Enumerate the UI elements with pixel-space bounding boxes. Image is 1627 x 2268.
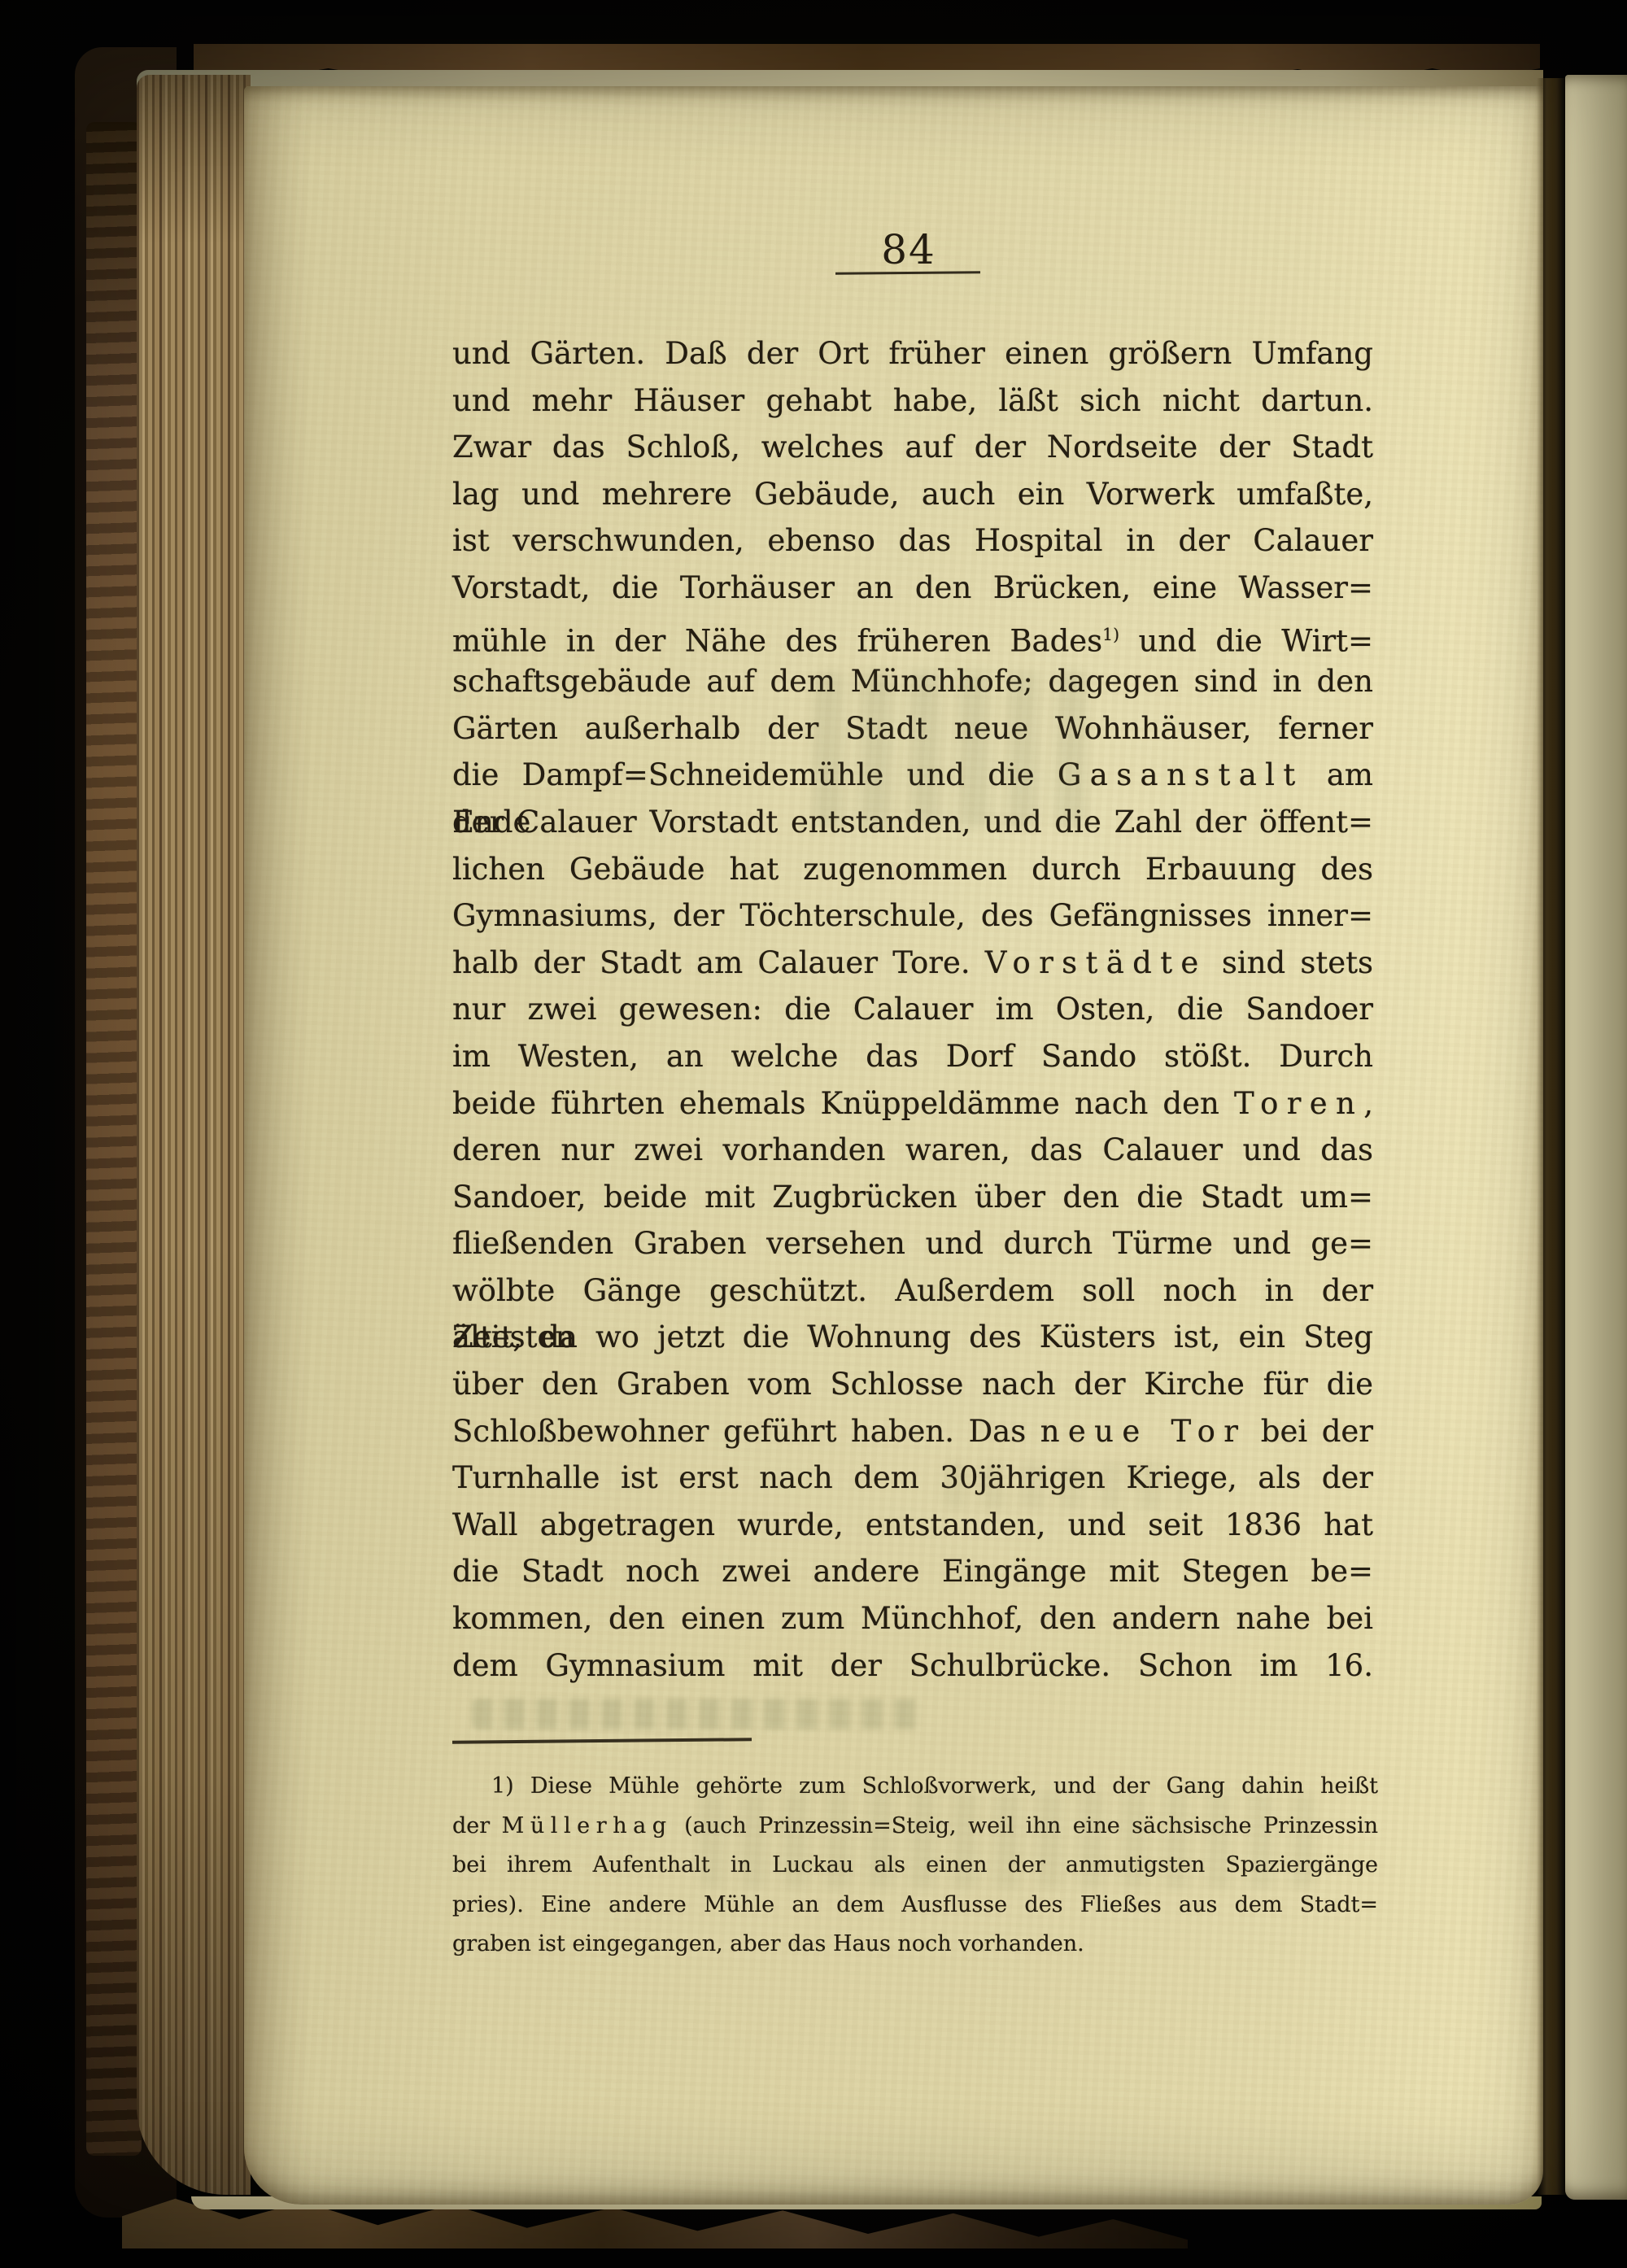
text-segment: Wall abgetragen wurde, entstanden, und s… <box>452 1507 1373 1542</box>
text-line: Wall abgetragen wurde, entstanden, und s… <box>452 1502 1373 1549</box>
text-segment: fließenden Graben versehen und durch Tür… <box>452 1226 1373 1261</box>
text-line: Gymnasiums, der Töchterschule, des Gefän… <box>452 892 1373 940</box>
text-segment: der Calauer Vorstadt entstanden, und die… <box>452 805 1373 840</box>
text-segment: lichen Gebäude hat zugenommen durch Erba… <box>452 852 1373 887</box>
text-segment: dem Gymnasium mit der Schulbrücke. Schon… <box>452 1648 1373 1683</box>
text-segment: bei ihrem Aufenthalt in Luckau als einen… <box>452 1852 1378 1878</box>
text-segment: über den Graben vom Schlosse nach der Ki… <box>452 1367 1373 1402</box>
text-segment: beide führten ehemals Knüppeldämme nach … <box>452 1086 1234 1121</box>
text-line: die Dampf=Schneidemühle und die Gasansta… <box>452 752 1373 799</box>
text-line: schaftsgebäude auf dem Münchhofe; dagege… <box>452 658 1373 705</box>
text-line: Zwar das Schloß, welches auf der Nordsei… <box>452 424 1373 471</box>
text-line: beide führten ehemals Knüppeldämme nach … <box>452 1080 1373 1127</box>
facing-page-sliver <box>1565 75 1627 2200</box>
text-line: pries). Eine andere Mühle an dem Ausflus… <box>452 1886 1378 1926</box>
text-line: der Müllerhag (auch Prinzessin=Steig, we… <box>452 1807 1378 1847</box>
text-line: die Stadt noch zwei andere Eingänge mit … <box>452 1548 1373 1595</box>
text-segment: Sandoer, beide mit Zugbrücken über den d… <box>452 1180 1373 1215</box>
text-segment: und Gärten. Daß der Ort früher einen grö… <box>452 336 1373 371</box>
text-line: graben ist eingegangen, aber das Haus no… <box>452 1925 1378 1965</box>
photo-background: 84 und Gärten. Daß der Ort früher einen … <box>0 0 1627 2268</box>
text-segment: die Stadt noch zwei andere Eingänge mit … <box>452 1554 1373 1589</box>
text-line: nur zwei gewesen: die Calauer im Osten, … <box>452 986 1373 1033</box>
text-line: fließenden Graben versehen und durch Tür… <box>452 1220 1373 1267</box>
text-line: ist verschwunden, ebenso das Hospital in… <box>452 517 1373 565</box>
text-line: lichen Gebäude hat zugenommen durch Erba… <box>452 846 1373 893</box>
fore-edge-page-stack <box>137 75 251 2195</box>
text-line: kommen, den einen zum Münchhof, den ande… <box>452 1595 1373 1642</box>
bleedthrough-smudge <box>472 1699 921 1729</box>
text-line: mühle in der Nähe des früheren Bades1) u… <box>452 612 1373 659</box>
text-segment: mühle in der Nähe des früheren Bades <box>452 623 1102 658</box>
text-line: bei ihrem Aufenthalt in Luckau als einen… <box>452 1846 1378 1886</box>
text-segment: sind stets <box>1207 945 1373 980</box>
text-segment: pries). Eine andere Mühle an dem Ausflus… <box>452 1892 1378 1917</box>
text-segment: Gärten außerhalb der Stadt neue Wohnhäus… <box>452 711 1373 746</box>
text-line: Schloßbewohner geführt haben. Das neue T… <box>452 1408 1373 1455</box>
letterspaced-text: Gasanstalt <box>1058 757 1304 792</box>
text-segment: schaftsgebäude auf dem Münchhofe; dagege… <box>452 664 1373 699</box>
text-segment: kommen, den einen zum Münchhof, den ande… <box>452 1601 1373 1636</box>
text-segment: ist verschwunden, ebenso das Hospital in… <box>452 523 1373 558</box>
text-segment: halb der Stadt am Calauer Tore. <box>452 945 985 980</box>
text-segment: (auch Prinzessin=Steig, weil ihn eine sä… <box>673 1813 1378 1838</box>
text-line: deren nur zwei vorhanden waren, das Cala… <box>452 1127 1373 1174</box>
text-segment: Zeit, da wo jetzt die Wohnung des Küster… <box>452 1319 1373 1354</box>
text-line: und mehr Häuser gehabt habe, läßt sich n… <box>452 377 1373 425</box>
text-line: Sandoer, beide mit Zugbrücken über den d… <box>452 1174 1373 1221</box>
text-segment: Schloßbewohner geführt haben. Das <box>452 1414 1040 1449</box>
page-number: 84 <box>837 226 980 273</box>
text-line: dem Gymnasium mit der Schulbrücke. Schon… <box>452 1642 1373 1690</box>
cover-leather-strip <box>86 122 142 2156</box>
text-line: Vorstadt, die Torhäuser an den Brücken, … <box>452 565 1373 612</box>
text-segment: , <box>1363 1086 1373 1121</box>
text-line: Gärten außerhalb der Stadt neue Wohnhäus… <box>452 705 1373 752</box>
footnote-rule <box>452 1738 752 1744</box>
text-segment: Gymnasiums, der Töchterschule, des Gefän… <box>452 898 1373 933</box>
footnote-text: 1) Diese Mühle gehörte zum Schloßvorwerk… <box>452 1767 1378 1965</box>
text-line: und Gärten. Daß der Ort früher einen grö… <box>452 330 1373 377</box>
text-segment: graben ist eingegangen, aber das Haus no… <box>452 1931 1084 1956</box>
text-segment: Vorstadt, die Torhäuser an den Brücken, … <box>452 570 1373 605</box>
text-segment: 1) Diese Mühle gehörte zum Schloßvorwerk… <box>491 1773 1378 1799</box>
text-line: im Westen, an welche das Dorf Sando stöß… <box>452 1033 1373 1080</box>
text-line: lag und mehrere Gebäude, auch ein Vorwer… <box>452 471 1373 518</box>
text-line: 1) Diese Mühle gehörte zum Schloßvorwerk… <box>452 1767 1378 1807</box>
letterspaced-text: Vorstädte <box>985 945 1207 980</box>
page-number-rule <box>835 271 980 275</box>
text-line: über den Graben vom Schlosse nach der Ki… <box>452 1361 1373 1408</box>
text-segment: der <box>452 1813 502 1838</box>
text-segment: nur zwei gewesen: die Calauer im Osten, … <box>452 992 1373 1027</box>
letterspaced-text: Toren <box>1234 1086 1363 1121</box>
text-segment: und die Wirt= <box>1119 623 1373 658</box>
letterspaced-text: Müllerhag <box>502 1813 673 1838</box>
text-line: Zeit, da wo jetzt die Wohnung des Küster… <box>452 1314 1373 1361</box>
text-segment: Zwar das Schloß, welches auf der Nordsei… <box>452 430 1373 465</box>
text-segment: im Westen, an welche das Dorf Sando stöß… <box>452 1039 1373 1074</box>
text-line: halb der Stadt am Calauer Tore. Vorstädt… <box>452 940 1373 987</box>
book-page: 84 und Gärten. Daß der Ort früher einen … <box>244 86 1543 2205</box>
text-line: der Calauer Vorstadt entstanden, und die… <box>452 799 1373 846</box>
text-segment: Turnhalle ist erst nach dem 30jährigen K… <box>452 1460 1373 1495</box>
text-segment: bei der <box>1246 1414 1373 1449</box>
text-line: Turnhalle ist erst nach dem 30jährigen K… <box>452 1455 1373 1502</box>
text-segment: die Dampf=Schneidemühle und die <box>452 757 1058 792</box>
page-gutter-shadow <box>1537 78 1568 2195</box>
letterspaced-text: neue Tor <box>1040 1414 1247 1449</box>
page-block-top-edge <box>137 70 1543 88</box>
footnote-marker: 1) <box>1102 625 1119 644</box>
text-segment: deren nur zwei vorhanden waren, das Cala… <box>452 1132 1373 1167</box>
body-text: und Gärten. Daß der Ort früher einen grö… <box>452 330 1373 1689</box>
text-segment: lag und mehrere Gebäude, auch ein Vorwer… <box>452 477 1373 512</box>
text-segment: und mehr Häuser gehabt habe, läßt sich n… <box>452 383 1373 418</box>
text-line: wölbte Gänge geschützt. Außerdem soll no… <box>452 1267 1373 1315</box>
